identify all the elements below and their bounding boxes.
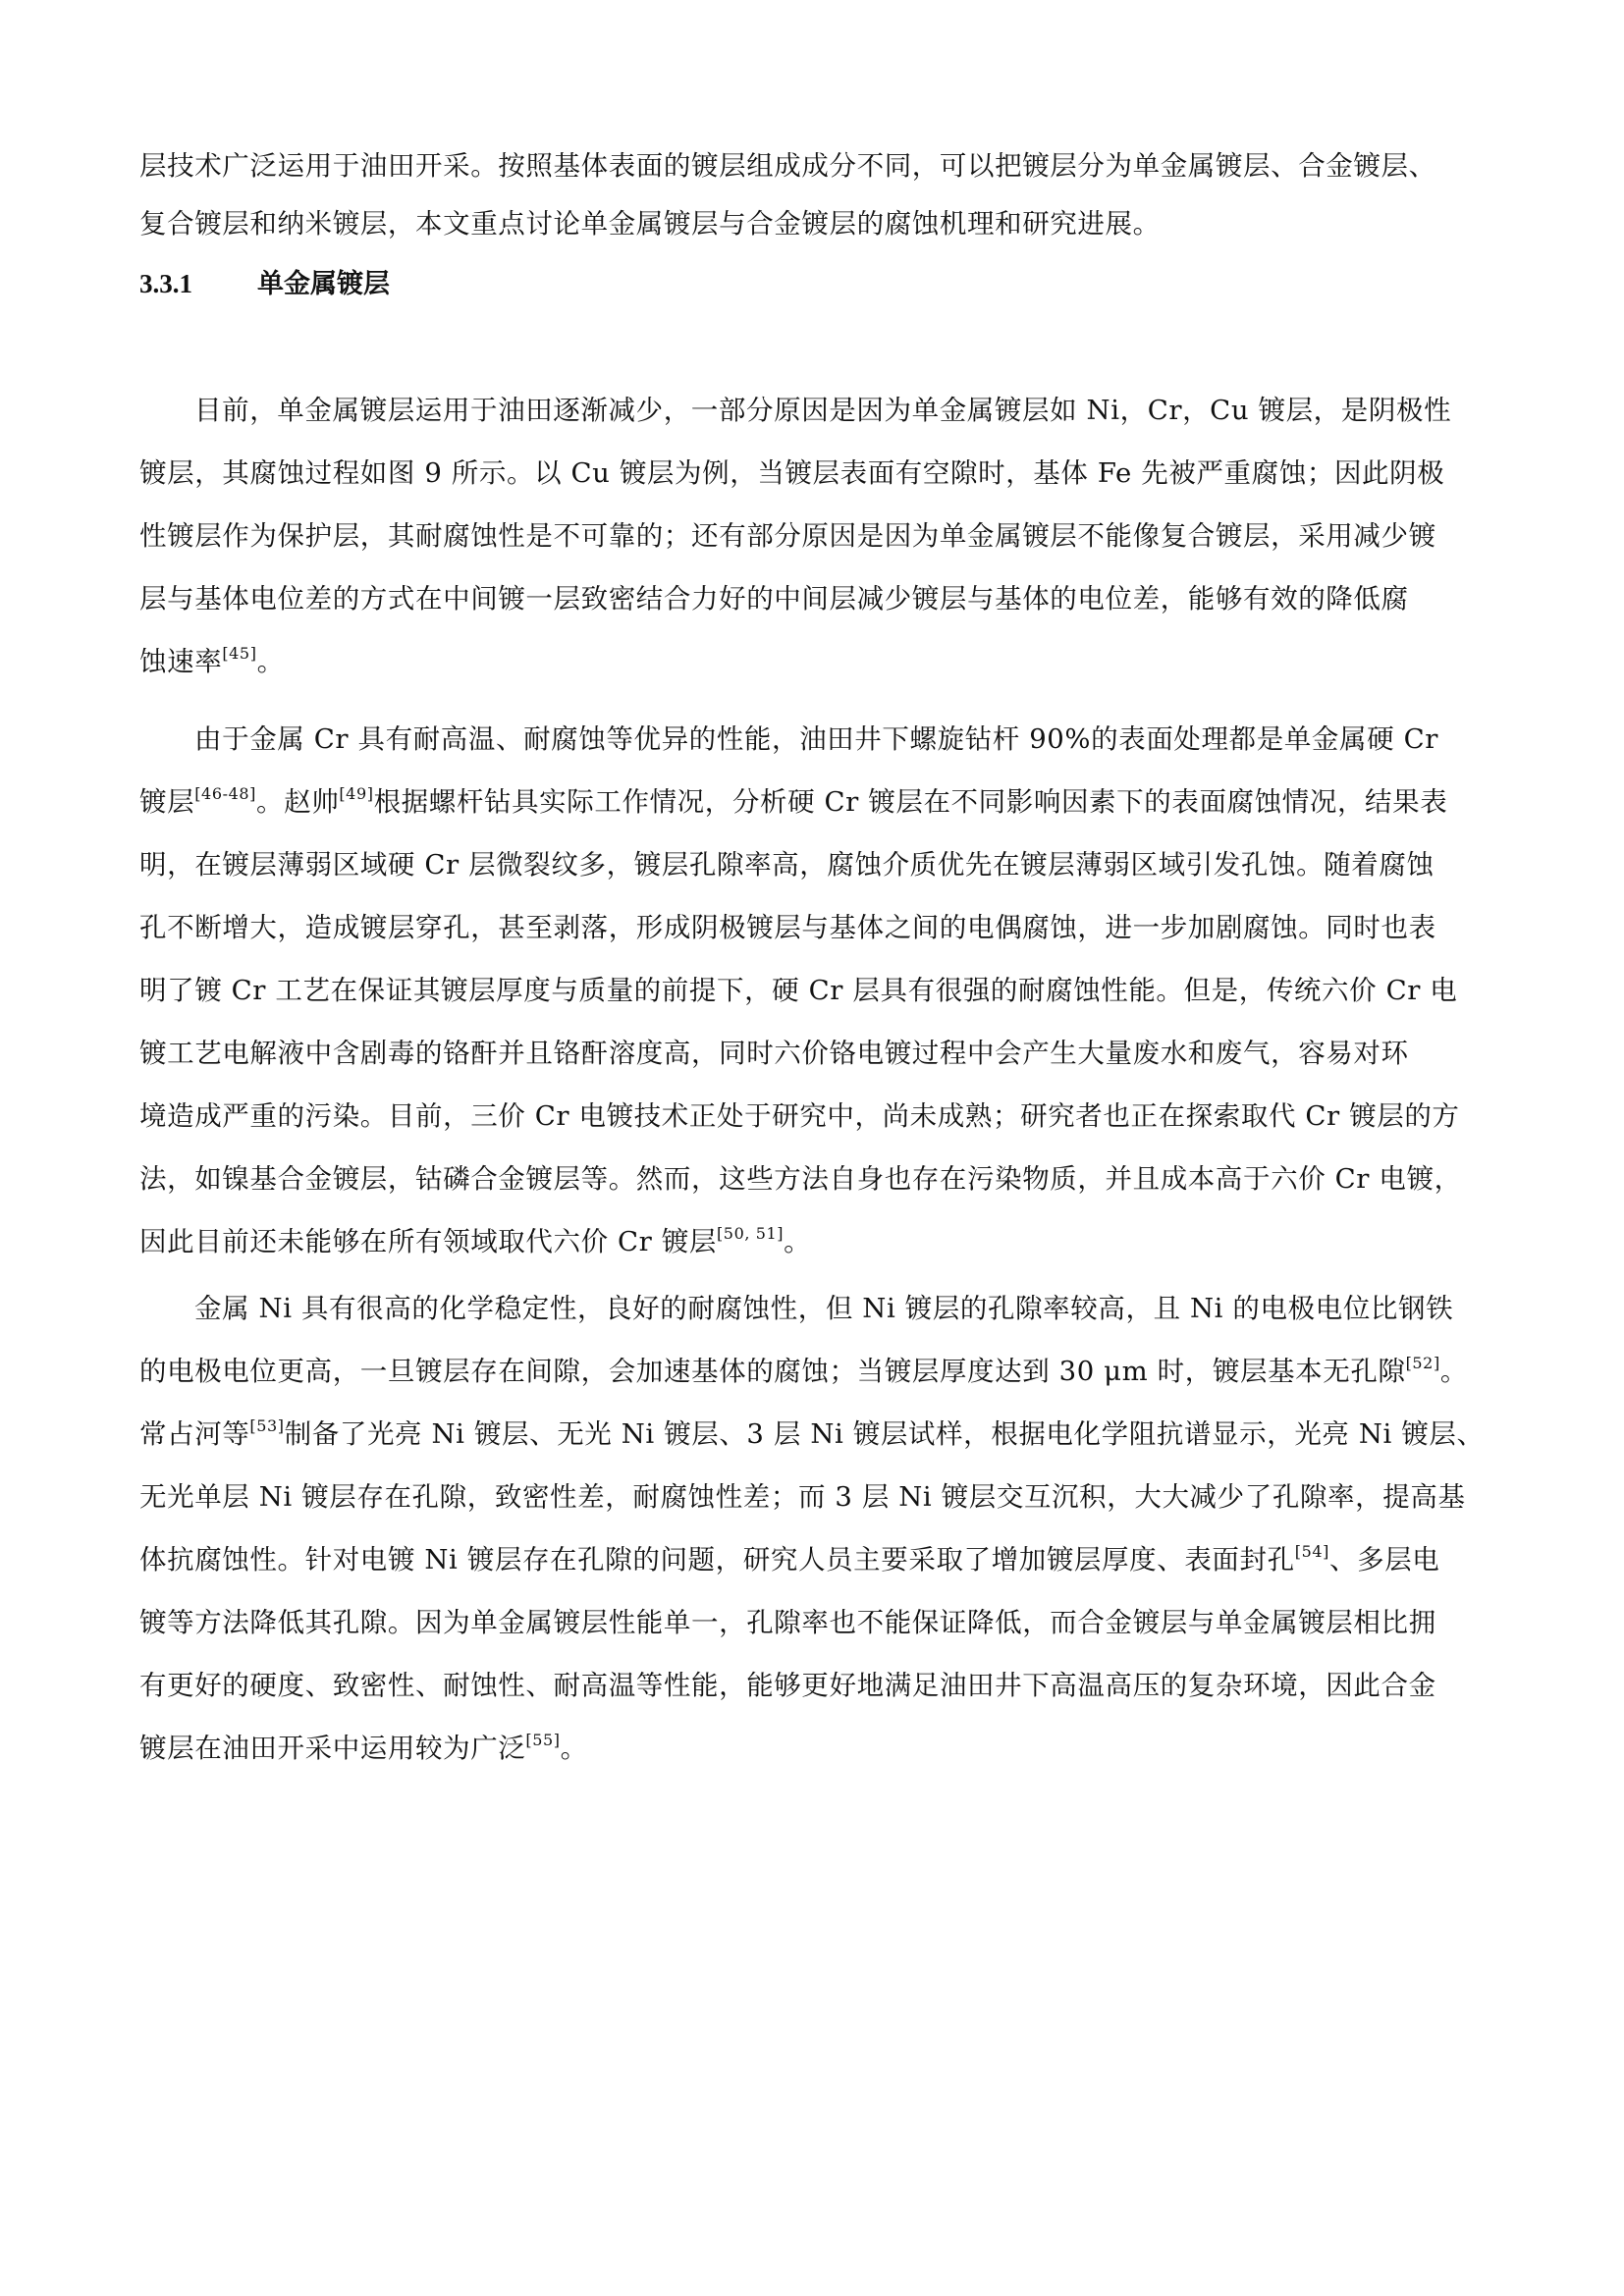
body-text-line: 镀等方法降低其孔隙。因为单金属镀层性能单一，孔隙率也不能保证降低，而合金镀层与单…	[139, 1603, 1485, 1642]
body-text-line: 体抗腐蚀性。针对电镀 Ni 镀层存在孔隙的问题，研究人员主要采取了增加镀层厚度、…	[139, 1540, 1485, 1579]
body-text-line: 层技术广泛运用于油田开采。按照基体表面的镀层组成成分不同，可以把镀层分为单金属镀…	[139, 146, 1485, 186]
section-title: 单金属镀层	[257, 269, 390, 298]
text-run: 因此目前还未能够在所有领域取代六价 Cr 镀层	[139, 1226, 717, 1257]
body-text-line: 金属 Ni 具有很高的化学稳定性，良好的耐腐蚀性，但 Ni 镀层的孔隙率较高，且…	[139, 1289, 1540, 1328]
body-text-line: 孔不断增大，造成镀层穿孔，甚至剥落，形成阴极镀层与基体之间的电偶腐蚀，进一步加剧…	[139, 908, 1485, 947]
text-run: 、多层电	[1329, 1544, 1439, 1575]
text-run: 镀层	[139, 786, 194, 818]
text-run: 蚀速率	[139, 646, 222, 677]
section-heading: 3.3.1单金属镀层	[139, 264, 390, 303]
body-text-line: 蚀速率[45]。	[139, 642, 1485, 681]
body-text-line: 有更好的硬度、致密性、耐蚀性、耐高温等性能，能够更好地满足油田井下高温高压的复杂…	[139, 1666, 1485, 1705]
body-text-line: 因此目前还未能够在所有领域取代六价 Cr 镀层[50, 51]。	[139, 1222, 1485, 1261]
citation: [52]	[1406, 1354, 1440, 1372]
body-text-line: 无光单层 Ni 镀层存在孔隙，致密性差，耐腐蚀性差；而 3 层 Ni 镀层交互沉…	[139, 1477, 1485, 1517]
body-text-line: 层与基体电位差的方式在中间镀一层致密结合力好的中间层减少镀层与基体的电位差，能够…	[139, 579, 1485, 618]
body-text-line: 法，如镍基合金镀层，钴磷合金镀层等。然而，这些方法自身也存在污染物质，并且成本高…	[139, 1159, 1485, 1199]
section-number: 3.3.1	[139, 264, 257, 303]
body-text-line: 镀工艺电解液中含剧毒的铬酐并且铬酐溶度高，同时六价铬电镀过程中会产生大量废水和废…	[139, 1034, 1485, 1073]
body-text-line: 常占河等[53]制备了光亮 Ni 镀层、无光 Ni 镀层、3 层 Ni 镀层试样…	[139, 1415, 1485, 1454]
citation: [55]	[525, 1731, 560, 1749]
text-run: 。赵帅	[256, 786, 339, 818]
text-run: 。	[257, 646, 285, 677]
text-run: 体抗腐蚀性。针对电镀 Ni 镀层存在孔隙的问题，研究人员主要采取了增加镀层厚度、…	[139, 1544, 1295, 1575]
text-run: 。	[784, 1226, 811, 1257]
body-text-line: 镀层[46-48]。赵帅[49]根据螺杆钻具实际工作情况，分析硬 Cr 镀层在不…	[139, 782, 1485, 822]
body-text-line: 由于金属 Cr 具有耐高温、耐腐蚀等优异的性能，油田井下螺旋钻杆 90%的表面处…	[139, 720, 1540, 759]
text-run: 。	[561, 1733, 588, 1764]
text-run: 镀层在油田开采中运用较为广泛	[139, 1733, 525, 1764]
body-text-line: 的电极电位更高，一旦镀层存在间隙，会加速基体的腐蚀；当镀层厚度达到 30 μm …	[139, 1352, 1485, 1391]
citation: [46-48]	[194, 784, 256, 803]
body-text-line: 复合镀层和纳米镀层，本文重点讨论单金属镀层与合金镀层的腐蚀机理和研究进展。	[139, 204, 1485, 243]
body-text-line: 镀层在油田开采中运用较为广泛[55]。	[139, 1729, 1485, 1768]
body-text-line: 境造成严重的污染。目前，三价 Cr 电镀技术正处于研究中，尚未成熟；研究者也正在…	[139, 1096, 1485, 1136]
body-text-line: 明，在镀层薄弱区域硬 Cr 层微裂纹多，镀层孔隙率高，腐蚀介质优先在镀层薄弱区域…	[139, 845, 1485, 884]
citation: [49]	[339, 784, 373, 803]
citation: [53]	[249, 1416, 284, 1435]
citation: [54]	[1295, 1542, 1329, 1561]
citation: [45]	[222, 644, 256, 663]
body-text-line: 明了镀 Cr 工艺在保证其镀层厚度与质量的前提下，硬 Cr 层具有很强的耐腐蚀性…	[139, 971, 1485, 1010]
citation: [50, 51]	[717, 1224, 784, 1243]
body-text-line: 目前，单金属镀层运用于油田逐渐减少，一部分原因是因为单金属镀层如 Ni，Cr，C…	[139, 391, 1540, 430]
text-run: 。	[1440, 1356, 1468, 1387]
body-text-line: 性镀层作为保护层，其耐腐蚀性是不可靠的；还有部分原因是因为单金属镀层不能像复合镀…	[139, 516, 1485, 556]
text-run: 常占河等	[139, 1418, 249, 1450]
text-run: 根据螺杆钻具实际工作情况，分析硬 Cr 镀层在不同影响因素下的表面腐蚀情况，结果…	[374, 786, 1448, 818]
text-run: 的电极电位更高，一旦镀层存在间隙，会加速基体的腐蚀；当镀层厚度达到 30 μm …	[139, 1356, 1406, 1387]
text-run: 制备了光亮 Ni 镀层、无光 Ni 镀层、3 层 Ni 镀层试样，根据电化学阻抗…	[285, 1418, 1485, 1450]
body-text-line: 镀层，其腐蚀过程如图 9 所示。以 Cu 镀层为例，当镀层表面有空隙时，基体 F…	[139, 454, 1485, 493]
